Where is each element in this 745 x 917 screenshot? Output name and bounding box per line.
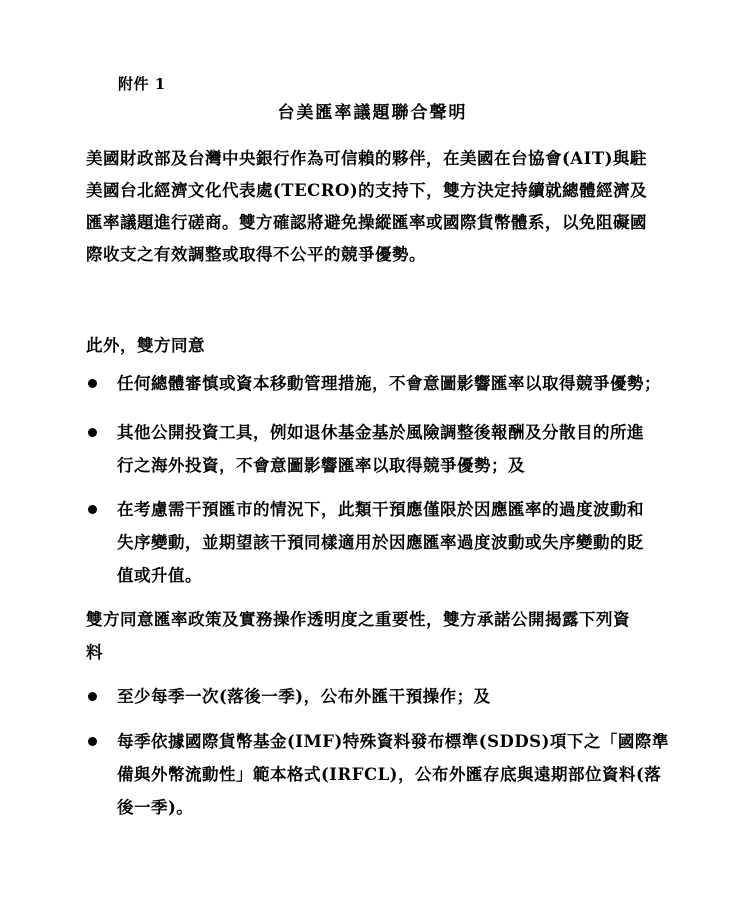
- intro-line-2: 美國台北經濟文化代表處(TECRO)的支持下，雙方決定持續就總體經濟及: [86, 181, 647, 201]
- bullet-icon: [88, 379, 97, 388]
- document-title: 台美匯率議題聯合聲明: [0, 103, 745, 123]
- agree-heading: 此外，雙方同意: [86, 336, 205, 356]
- intro-line-3: 匯率議題進行磋商。雙方確認將避免操縱匯率或國際貨幣體系，以免阻礙國: [86, 213, 647, 233]
- agree-bullet-3-line-1: 在考慮需干預匯市的情況下，此類干預應僅限於因應匯率的過度波動和: [117, 500, 644, 520]
- bullet-icon: [88, 737, 97, 746]
- document-page: 附件 1 台美匯率議題聯合聲明 美國財政部及台灣中央銀行作為可信賴的夥伴，在美國…: [0, 0, 745, 917]
- bullet-icon: [88, 505, 97, 514]
- agree-bullet-1-line-1: 任何總體審慎或資本移動管理措施，不會意圖影響匯率以取得競爭優勢；: [117, 374, 661, 394]
- disclosure-bullet-1-line-1: 至少每季一次(落後一季)，公布外匯干預操作；及: [117, 687, 491, 707]
- attachment-label: 附件 1: [118, 74, 166, 94]
- bullet-icon: [88, 428, 97, 437]
- transparency-line-1: 雙方同意匯率政策及實務操作透明度之重要性，雙方承諾公開揭露下列資: [86, 610, 630, 630]
- agree-bullet-3-line-3: 值或升值。: [117, 566, 202, 586]
- disclosure-bullet-2-line-3: 後一季)。: [117, 798, 193, 818]
- transparency-line-2: 料: [86, 643, 103, 663]
- bullet-icon: [88, 692, 97, 701]
- disclosure-bullet-2-line-2: 備與外幣流動性」範本格式(IRFCL)，公布外匯存底與遠期部位資料(落: [117, 765, 661, 785]
- agree-bullet-3-line-2: 失序變動，並期望該干預同樣適用於因應匯率過度波動或失序變動的貶: [117, 533, 644, 553]
- agree-bullet-2-line-1: 其他公開投資工具，例如退休基金基於風險調整後報酬及分散目的所進: [117, 423, 644, 443]
- agree-bullet-2-line-2: 行之海外投資，不會意圖影響匯率以取得競爭優勢；及: [117, 456, 525, 476]
- intro-line-4: 際收支之有效調整或取得不公平的競爭優勢。: [86, 245, 426, 265]
- intro-line-1: 美國財政部及台灣中央銀行作為可信賴的夥伴，在美國在台協會(AIT)與駐: [86, 149, 647, 169]
- disclosure-bullet-2-line-1: 每季依據國際貨幣基金(IMF)特殊資料發布標準(SDDS)項下之「國際準: [117, 732, 669, 752]
